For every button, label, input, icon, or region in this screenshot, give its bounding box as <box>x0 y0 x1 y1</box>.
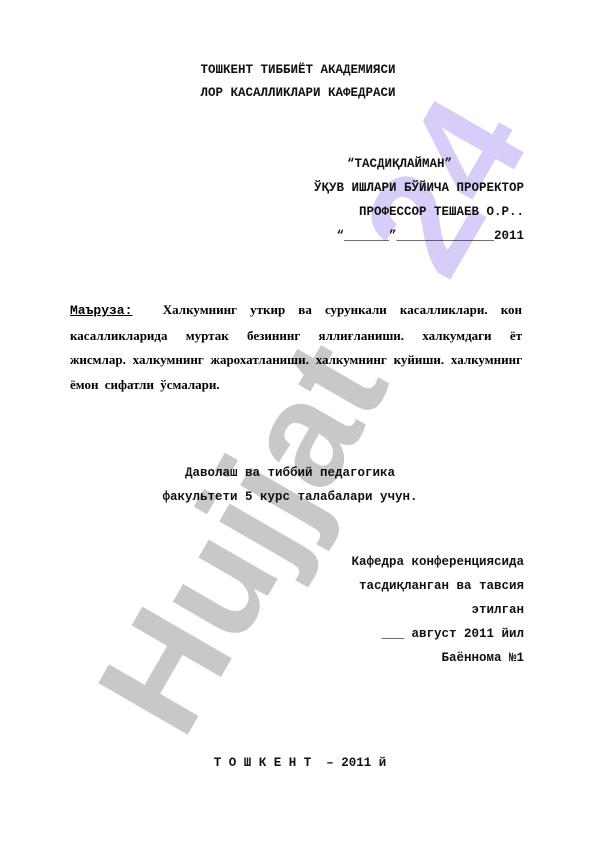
department-title: ЛОР КАСАЛЛИКЛАРИ КАФЕДРАСИ <box>0 86 596 101</box>
footer-city-year: Т О Ш К Е Н Т – 2011 й <box>2 756 596 771</box>
protocol-number: Баённома №1 <box>441 651 524 666</box>
conference-line-3: этилган <box>471 603 524 618</box>
audience-line-2: факультети 5 курс талабалари учун. <box>0 490 588 505</box>
institution-title: ТОШКЕНТ ТИББИЁТ АКАДЕМИЯСИ <box>0 63 596 78</box>
approval-name: ПРОФЕССОР ТЕШАЕВ О.Р.. <box>359 205 524 220</box>
conference-line-2: тасдиқланган ва тавсия <box>359 579 524 594</box>
approval-date-line: “______”_____________2011 <box>336 229 524 244</box>
conference-line-1: Кафедра конференциясида <box>351 555 524 570</box>
document-page: Hujjat 24 ТОШКЕНТ ТИББИЁТ АКАДЕМИЯСИ ЛОР… <box>0 0 596 842</box>
lecture-topic: Халкумнинг уткир ва сурункали касалликла… <box>70 302 522 392</box>
approval-title: “ТАСДИҚЛАЙМАН” <box>347 157 452 172</box>
approval-position: ЎҚУВ ИШЛАРИ БЎЙИЧА ПРОРЕКТОР <box>314 181 524 196</box>
lecture-label: Маъруза: <box>70 303 132 318</box>
conference-line-4: ___ август 2011 йил <box>381 627 524 642</box>
lecture-paragraph: Маъруза: Халкумнинг уткир ва сурункали к… <box>70 298 522 397</box>
audience-line-1: Даволаш ва тиббий педагогика <box>0 466 588 481</box>
